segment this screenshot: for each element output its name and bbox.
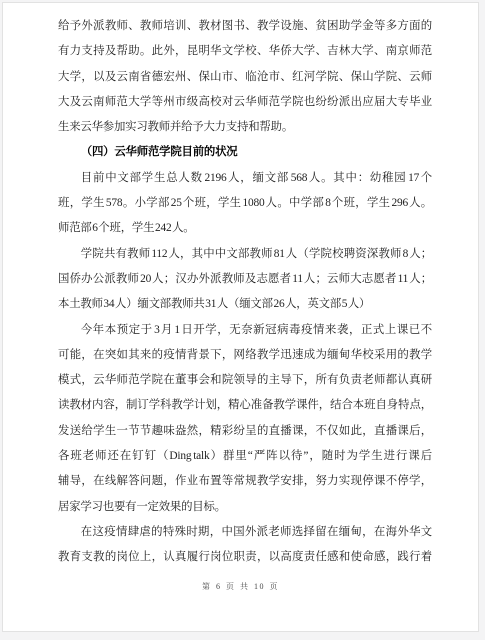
paragraph-teacher-numbers: 本土教师 34 人）缅文部教师共 31 人（缅文部 26 人，英文部 5 人）	[58, 292, 432, 317]
page-number-footer: 第 6 页 共 10 页	[3, 581, 478, 592]
paragraph-teacher-numbers: 国侨办公派教师 20 人；汉办外派教师及志愿者 11 人；云师大志愿者 11 人…	[58, 267, 432, 292]
paragraph-student-numbers: 目前中文部学生总人数 2196 人，缅文部 568 人。其中：幼稚园 17 个	[58, 166, 432, 191]
paragraph-student-numbers: 师范部 6 个班，学生 242 人。	[58, 216, 432, 241]
document-viewer-canvas: 给予外派教师、教师培训、教材图书、教学设施、贫困助学金等多方面的有力支持及帮助。…	[0, 0, 485, 640]
paragraph-teacher-numbers: 学院共有教师 112 人，其中中文部教师 81 人（学院校聘资深教师 8 人；	[58, 242, 432, 267]
paragraph-online-teaching: 居家学习也要有一定效果的目标。	[58, 495, 432, 520]
paragraph-epidemic-duty: 在这疫情肆虐的特殊时期，中国外派老师选择留在缅甸，在海外华文	[58, 520, 432, 545]
paragraph-support-continuation: 大及云南师范大学等州市级高校对云华师范学院也纷纷派出应届大专毕业	[58, 90, 432, 115]
paragraph-online-teaching: 发送给学生一节节趣味盎然，精彩纷呈的直播课，不仅如此，直播课后，	[58, 419, 432, 444]
paragraph-support-continuation: 给予外派教师、教师培训、教材图书、教学设施、贫困助学金等多方面的	[58, 14, 432, 39]
paragraph-online-teaching: 可能，在突如其来的疫情背景下，网络教学迅速成为缅甸华校采用的教学	[58, 343, 432, 368]
paragraph-support-continuation: 大学，以及云南省德宏州、保山市、临沧市、红河学院、保山学院、云师	[58, 65, 432, 90]
document-page: 给予外派教师、教师培训、教材图书、教学设施、贫困助学金等多方面的有力支持及帮助。…	[2, 2, 479, 632]
paragraph-online-teaching: 辅导，在线解答问题，作业布置等常规教学安排，努力实现停课不停学，	[58, 469, 432, 494]
paragraph-epidemic-duty: 教育支教的岗位上，认真履行岗位职责，以高度责任感和使命感，践行着	[58, 545, 432, 570]
document-body: 给予外派教师、教师培训、教材图书、教学设施、贫困助学金等多方面的有力支持及帮助。…	[58, 14, 432, 571]
paragraph-support-continuation: 有力支持及帮助。此外，昆明华文学校、华侨大学、吉林大学、南京师范	[58, 39, 432, 64]
paragraph-online-teaching: 读教材内容，制订学科教学计划，精心准备教学课件，结合本班自身特点，	[58, 393, 432, 418]
paragraph-online-teaching: 今年本预定于 3 月 1 日开学，无奈新冠病毒疫情来袭，正式上课已不	[58, 318, 432, 343]
paragraph-support-continuation: 生来云华参加实习教师并给予大力支持和帮助。	[58, 115, 432, 140]
paragraph-online-teaching: 各班老师还在钉钉（Ding talk）群里“严阵以待”，随时为学生进行课后	[58, 444, 432, 469]
paragraph-online-teaching: 模式，云华师范学院在董事会和院领导的主导下，所有负责老师都认真研	[58, 368, 432, 393]
paragraph-student-numbers: 班，学生 578。小学部 25 个班，学生 1080 人。中学部 8 个班，学生…	[58, 191, 432, 216]
section-heading-4: （四）云华师范学院目前的状况	[58, 140, 432, 165]
